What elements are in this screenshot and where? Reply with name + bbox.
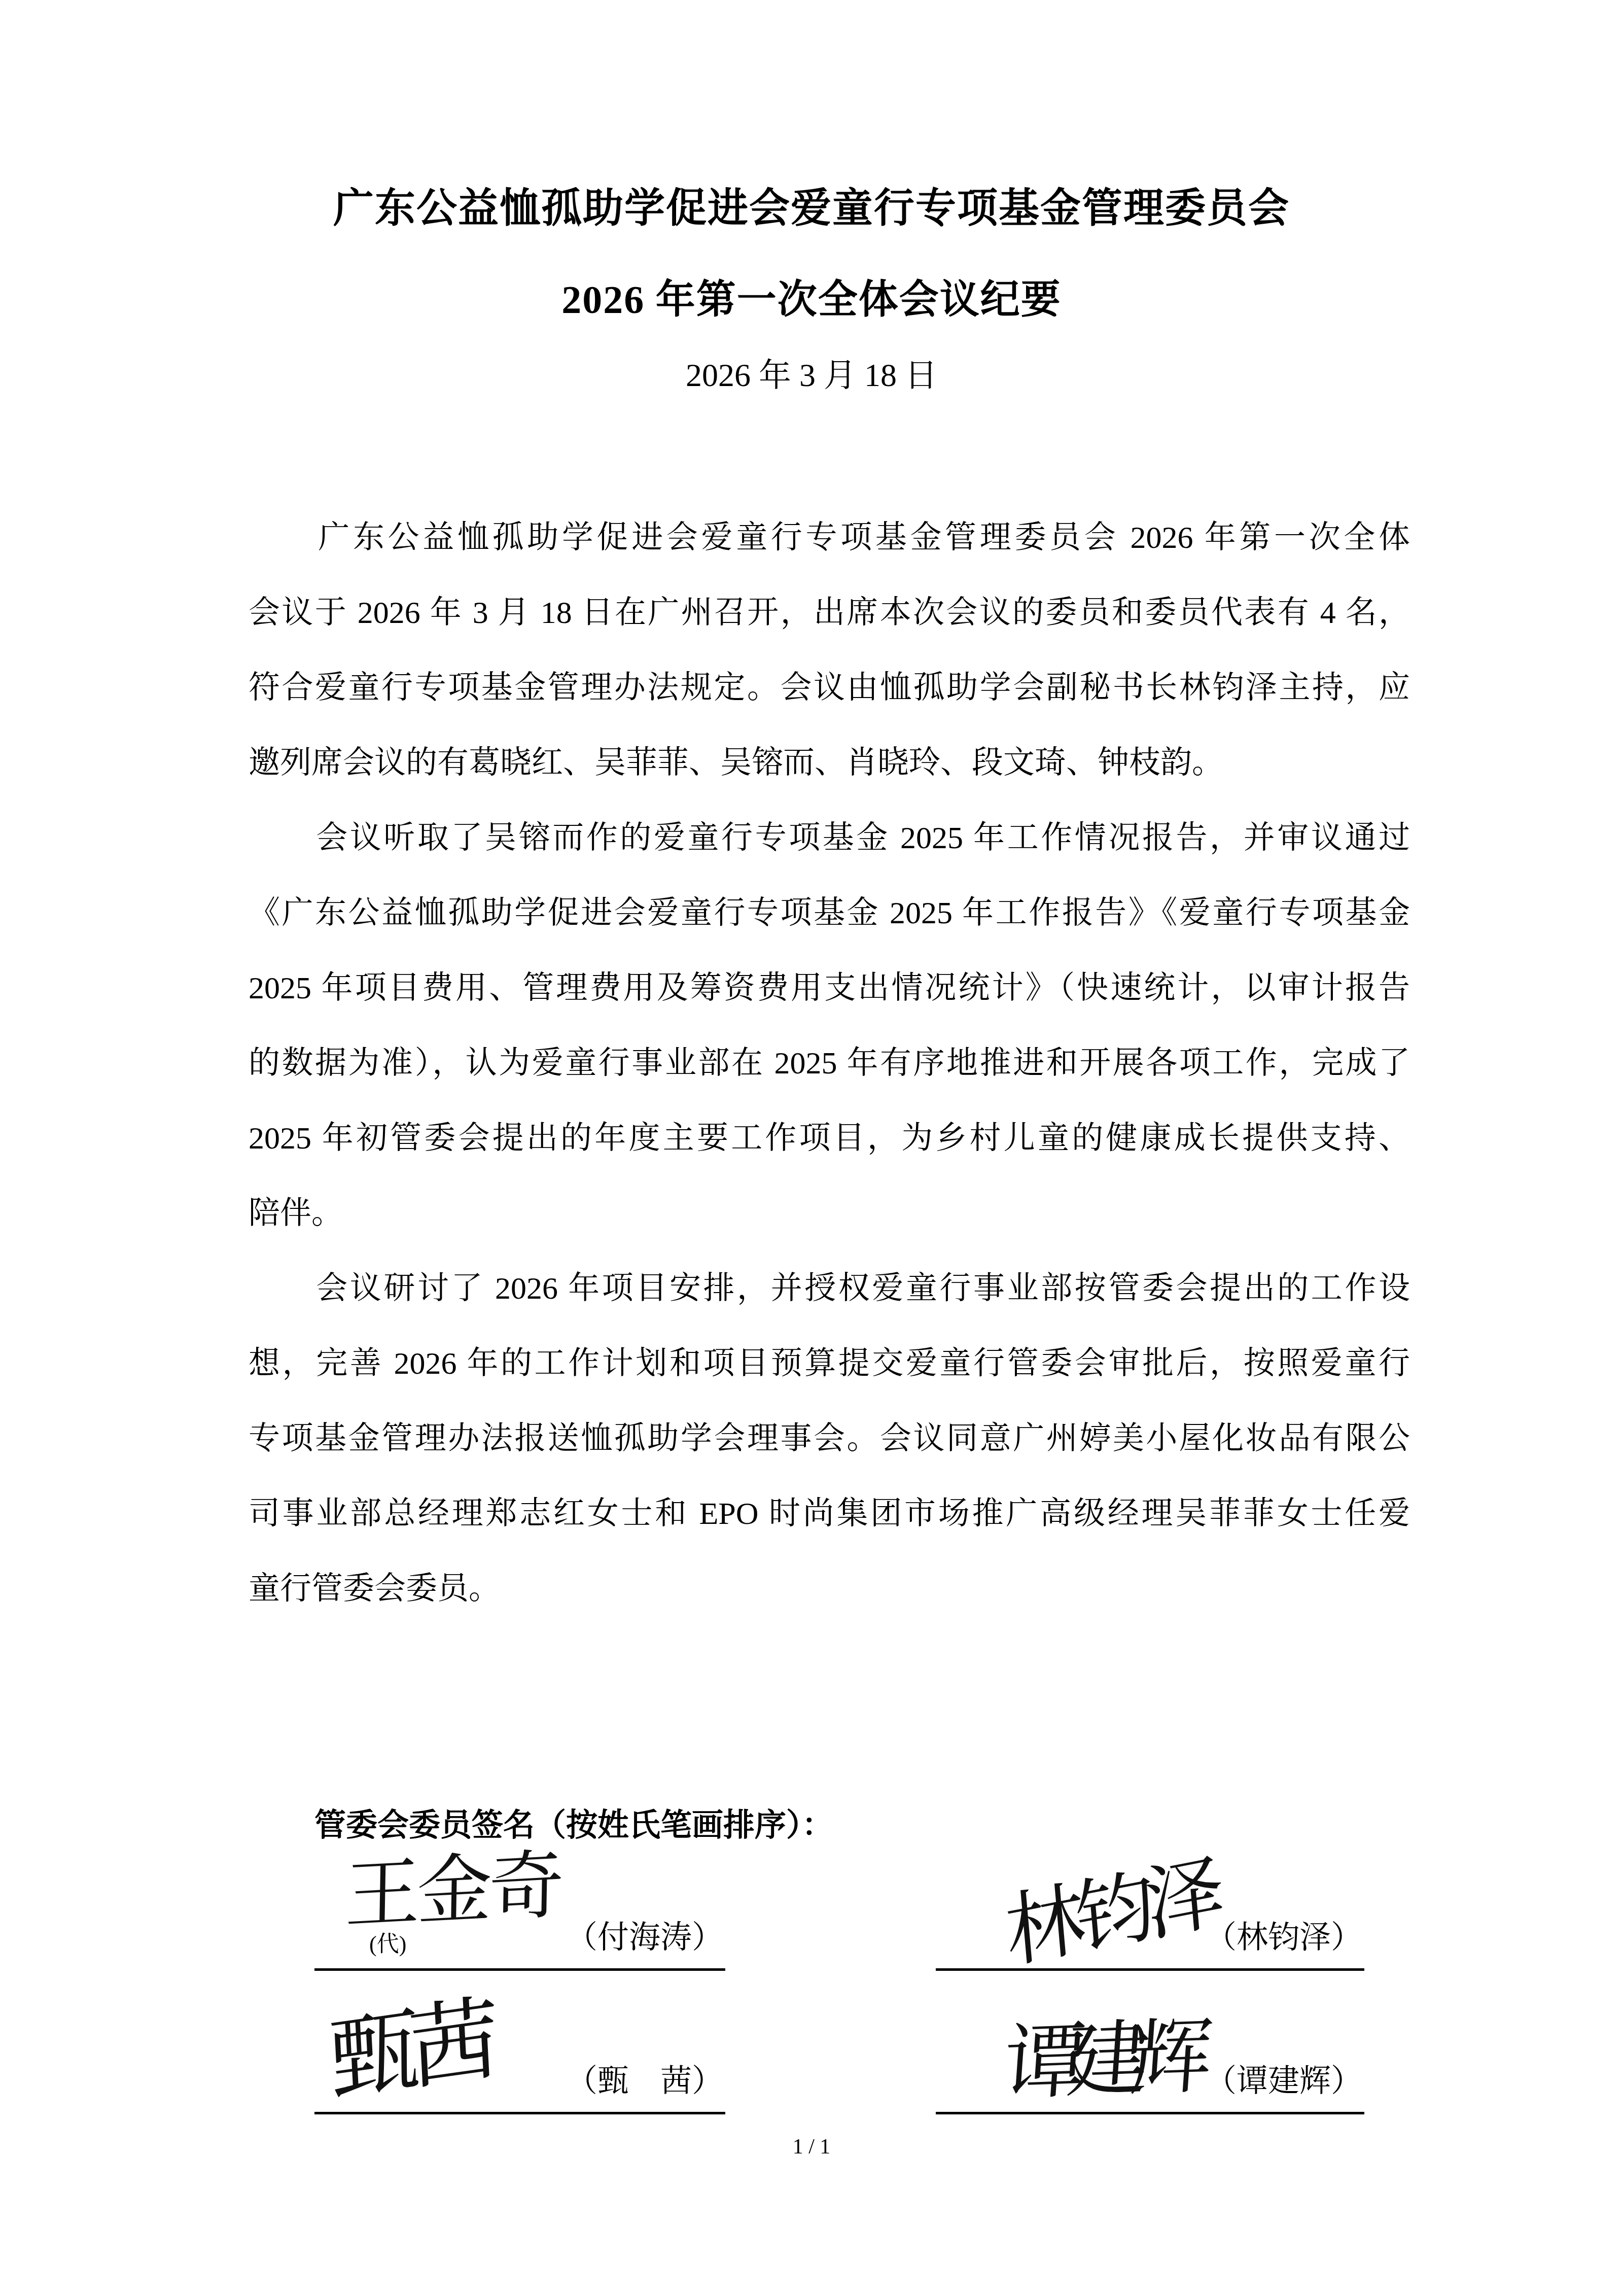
body-line-p1-2: 会议于 2026 年 3 月 18 日在广州召开，出席本次会议的委员和委员代表有…: [249, 575, 1410, 650]
body-line-p1-1: 广东公益恤孤助学促进会爱童行专项基金管理委员会 2026 年第一次全体: [249, 500, 1410, 575]
body-line-p2-2: 《广东公益恤孤助学促进会爱童行专项基金 2025 年工作报告》《爱童行专项基金: [249, 876, 1410, 951]
printed-name: （谭建辉）: [1205, 2056, 1362, 2101]
signature-cell-fuhaitao: 王金奇 (代) （付海涛）: [314, 1832, 725, 1971]
signer-proxy-note: (代): [369, 1926, 406, 1958]
signature-grid: 王金奇 (代) （付海涛） 林钧泽 （林钧泽） 甄茜 （甄 茜） 谭建辉 （谭建…: [314, 1832, 1364, 2116]
body-line-p3-3: 专项基金管理办法报送恤孤助学会理事会。会议同意广州婷美小屋化妆品有限公: [249, 1401, 1410, 1476]
body-line-p1-3: 符合爱童行专项基金管理办法规定。会议由恤孤助学会副秘书长林钧泽主持，应: [249, 650, 1410, 725]
document-title: 广东公益恤孤助学促进会爱童行专项基金管理委员会: [0, 175, 1623, 233]
body-line-p2-3: 2025 年项目费用、管理费用及筹资费用支出情况统计》（快速统计，以审计报告: [249, 951, 1410, 1026]
body-line-p2-1: 会议听取了吴镕而作的爱童行专项基金 2025 年工作情况报告，并审议通过: [249, 801, 1410, 876]
printed-name: （付海涛）: [566, 1912, 723, 1957]
body-line-p2-5: 2025 年初管委会提出的年度主要工作项目，为乡村儿童的健康成长提供支持、: [249, 1101, 1410, 1176]
handwritten-signature: 甄茜: [327, 1994, 490, 2108]
body-line-p3-1: 会议研讨了 2026 年项目安排，并授权爱童行事业部按管委会提出的工作设: [249, 1251, 1410, 1326]
handwritten-signature: 王金奇: [344, 1848, 561, 1935]
body-line-p3-4: 司事业部总经理郑志红女士和 EPO 时尚集团市场推广高级经理吴菲菲女士任爱: [249, 1476, 1410, 1551]
handwritten-signature: 谭建辉: [1001, 2017, 1195, 2106]
signature-cell-zhenqian: 甄茜 （甄 茜）: [314, 1976, 725, 2114]
document-subtitle: 2026 年第一次全体会议纪要: [0, 268, 1623, 325]
page-number: 1 / 1: [0, 2135, 1623, 2159]
body-text: 广东公益恤孤助学促进会爱童行专项基金管理委员会 2026 年第一次全体会议于 2…: [249, 500, 1410, 1626]
body-line-p1-4: 邀列席会议的有葛晓红、吴菲菲、吴镕而、肖晓玲、段文琦、钟枝韵。: [249, 725, 1410, 801]
body-line-p3-2: 想，完善 2026 年的工作计划和项目预算提交爱童行管委会审批后，按照爱童行: [249, 1326, 1410, 1401]
document-date: 2026 年 3 月 18 日: [0, 349, 1623, 396]
printed-name: （甄 茜）: [566, 2056, 723, 2101]
signature-cell-tanjianhui: 谭建辉 （谭建辉）: [936, 1976, 1364, 2114]
body-line-p3-5: 童行管委会委员。: [249, 1551, 1410, 1626]
handwritten-signature: 林钧泽: [1003, 1854, 1219, 1974]
body-line-p2-4: 的数据为准），认为爱童行事业部在 2025 年有序地推进和开展各项工作，完成了: [249, 1026, 1410, 1101]
signature-cell-linjunze: 林钧泽 （林钧泽）: [936, 1832, 1364, 1971]
body-line-p2-6: 陪伴。: [249, 1176, 1410, 1251]
printed-name: （林钧泽）: [1205, 1912, 1362, 1957]
document-page: 广东公益恤孤助学促进会爱童行专项基金管理委员会 2026 年第一次全体会议纪要 …: [0, 0, 1623, 2296]
